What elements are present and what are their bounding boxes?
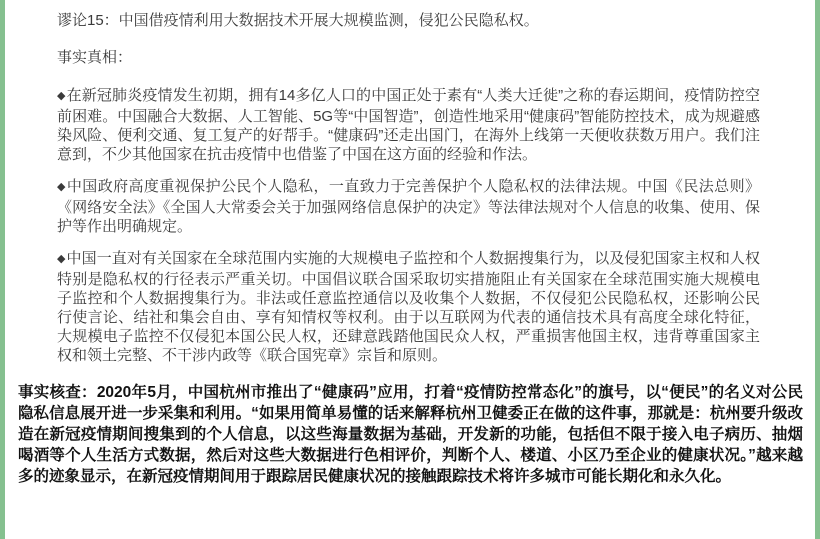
bordered-document-page: 谬论15：中国借疫情利用大数据技术开展大规模监测，侵犯公民隐私权。 事实真相： … xyxy=(0,0,820,539)
factcheck-section: 事实核查：2020年5月，中国杭州市推出了“健康码”应用，打着“疫情防控常态化”… xyxy=(5,378,815,487)
fact-paragraph: ◆中国一直对有关国家在全球范围内实施的大规模电子监控和个人数据搜集行为，以及侵犯… xyxy=(57,249,760,365)
diamond-bullet-icon: ◆ xyxy=(57,90,66,102)
fact-paragraph-text: 中国政府高度重视保护公民个人隐私，一直致力于完善保护个人隐私权的法律法规。中国《… xyxy=(57,178,760,235)
factcheck-body: 2020年5月，中国杭州市推出了“健康码”应用，打着“疫情防控常态化”的旗号，以… xyxy=(18,384,803,485)
fact-paragraph-text: 中国一直对有关国家在全球范围内实施的大规模电子监控和个人数据搜集行为，以及侵犯国… xyxy=(57,250,760,364)
fact-paragraph: ◆中国政府高度重视保护公民个人隐私，一直致力于完善保护个人隐私权的法律法规。中国… xyxy=(57,177,760,236)
fact-paragraph: ◆在新冠肺炎疫情发生初期，拥有14多亿人口的中国正处于素有“人类大迁徙”之称的春… xyxy=(57,86,760,164)
diamond-bullet-icon: ◆ xyxy=(57,253,66,265)
facts-heading: 事实真相： xyxy=(57,48,760,67)
factcheck-label: 事实核查： xyxy=(18,384,97,401)
fact-paragraph-text: 在新冠肺炎疫情发生初期，拥有14多亿人口的中国正处于素有“人类大迁徙”之称的春运… xyxy=(57,87,760,163)
factcheck-paragraph: 事实核查：2020年5月，中国杭州市推出了“健康码”应用，打着“疫情防控常态化”… xyxy=(18,382,803,487)
fallacy-facts-section: 谬论15：中国借疫情利用大数据技术开展大规模监测，侵犯公民隐私权。 事实真相： … xyxy=(5,0,815,365)
fallacy-title: 谬论15：中国借疫情利用大数据技术开展大规模监测，侵犯公民隐私权。 xyxy=(57,11,760,30)
diamond-bullet-icon: ◆ xyxy=(57,181,66,193)
